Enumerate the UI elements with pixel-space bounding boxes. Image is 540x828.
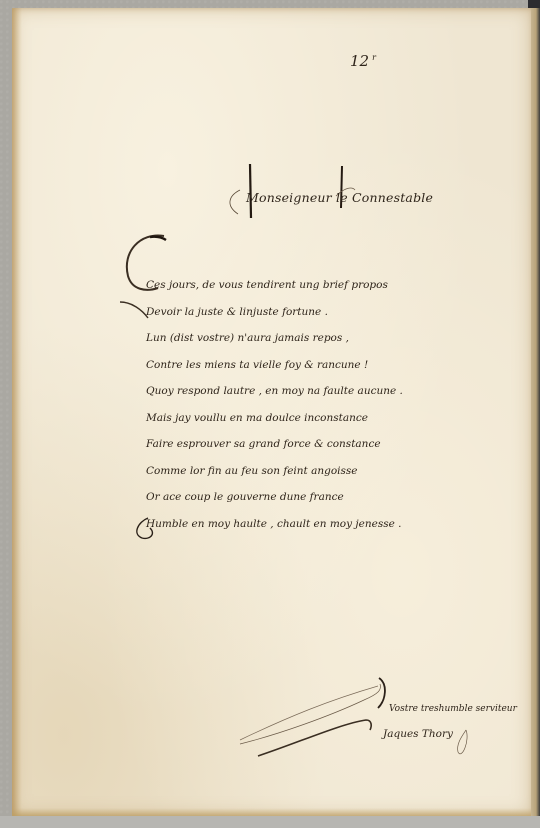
page-heading: Monseigneur le Connestable: [246, 190, 433, 205]
corner-shadow: [528, 0, 540, 8]
verse-line: Quoy respond lautre , en moy na faulte a…: [146, 382, 403, 409]
signature: Jaques Thory: [383, 728, 453, 740]
verse-line: Or ace coup le gouverne dune france: [146, 488, 403, 515]
verse-line: Faire esprouver sa grand force & constan…: [146, 435, 403, 462]
verse-line: Contre les miens ta vielle foy & rancune…: [146, 356, 403, 383]
verse-line: Humble en moy haulte , chault en moy jen…: [146, 515, 403, 542]
folio-mark: r: [372, 53, 376, 62]
folio-number-value: 12: [350, 52, 369, 70]
verse-line: Ces jours, de vous tendirent ung brief p…: [146, 276, 403, 303]
verse-line: Lun (dist vostre) n'aura jamais repos ,: [146, 329, 403, 356]
folio-number: 12r: [350, 52, 376, 70]
verse-stanza: Ces jours, de vous tendirent ung brief p…: [146, 276, 403, 541]
bottom-backdrop: [0, 816, 540, 828]
verse-line: Mais jay voullu en ma doulce inconstance: [146, 409, 403, 436]
binding-edge: [530, 0, 540, 828]
verse-line: Devoir la juste & linjuste fortune .: [146, 303, 403, 330]
verse-line: Comme lor fin au feu son feint angoisse: [146, 462, 403, 489]
closing-salutation: Vostre treshumble serviteur: [389, 704, 517, 714]
